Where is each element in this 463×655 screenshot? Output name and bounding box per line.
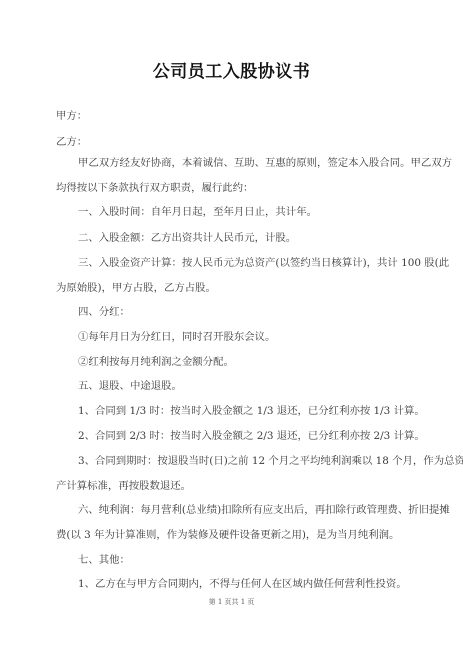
clause-5-item-3-line-2: 产计算标准，再按股数退还。 — [56, 479, 191, 493]
clause-4-item-2: ②红利按每月纯利润之金额分配。 — [78, 355, 234, 369]
clause-6-line-1: 六、纯利润：每月营利(总业绩)扣除所有应支出后，再扣除行政管理费、折旧提摊 — [78, 503, 450, 517]
clause-7: 七、其他： — [78, 553, 130, 567]
document-page: 公司员工入股协议书 甲方： 乙方： 甲乙双方经友好协商，本着诚信、互助、互惠的原… — [0, 0, 463, 655]
clause-4: 四、分红： — [78, 305, 130, 319]
clause-3-line-1: 三、入股金资产计算：按人民币元为总资产(以签约当日核算计)，共计 100 股(此 — [78, 256, 449, 270]
page-indicator: 第 1 页共 1 页 — [0, 597, 463, 607]
clause-2: 二、入股金额：乙方出资共计人民币元，计股。 — [78, 231, 296, 245]
party-a-line: 甲方： — [56, 109, 87, 123]
party-b-line: 乙方： — [56, 135, 87, 149]
clause-5-item-3-line-1: 3、合同到期时：按退股当时(日)之前 12 个月之平均纯利润乘以 18 个月，作… — [78, 454, 463, 468]
clause-5-item-2: 2、合同到 2/3 时：按当时入股金额之 2/3 退还，已分红利亦按 2/3 计… — [78, 429, 425, 443]
clause-1: 一、入股时间：自年月日起，至年月日止，共计年。 — [78, 205, 317, 219]
clause-7-item-1: 1、乙方在与甲方合同期内，不得与任何人在区域内做任何营利性投资。 — [78, 577, 407, 591]
clause-5-item-1: 1、合同到 1/3 时：按当时入股金额之 1/3 退还，已分红利亦按 1/3 计… — [78, 404, 425, 418]
intro-paragraph-line-2: 均得按以下条款执行双方职责，履行此约： — [56, 181, 253, 195]
clause-6-line-2: 费(以 3 年为计算准则，作为装修及硬件设备更新之用)，是为当月纯利润。 — [56, 528, 399, 542]
clause-3-line-2: 为原始股)，甲方占股，乙方占股。 — [56, 281, 216, 295]
clause-5: 五、退股、中途退股。 — [78, 379, 182, 393]
clause-4-item-1: ①每年月日为分红日，同时召开股东会议。 — [78, 330, 275, 344]
intro-paragraph-line-1: 甲乙双方经友好协商，本着诚信、互助、互惠的原则，签定本入股合同。甲乙双方 — [78, 156, 452, 170]
document-title: 公司员工入股协议书 — [0, 57, 463, 82]
